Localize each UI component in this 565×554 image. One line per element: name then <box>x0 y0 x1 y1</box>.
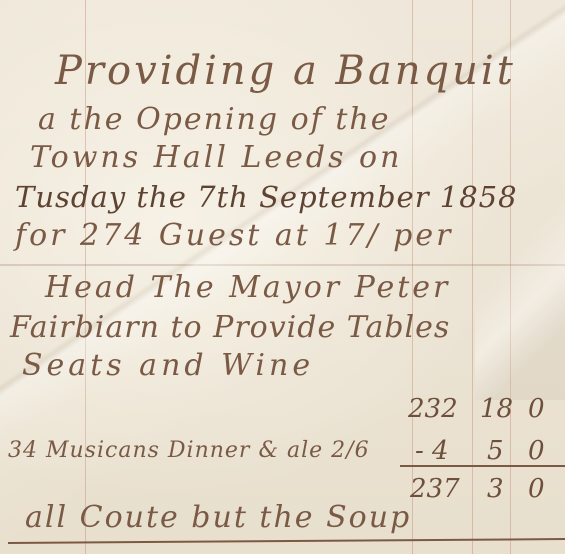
paper-fold-corner <box>475 200 565 400</box>
heading-line-2: a the Opening of the <box>38 102 390 137</box>
section-divider-rule <box>0 264 565 266</box>
item-2-pounds: - 4 <box>415 436 449 466</box>
item-1-shillings: 18 <box>480 394 513 424</box>
item-1-pence: 0 <box>528 394 545 424</box>
item-1-pounds: 232 <box>408 394 458 424</box>
body-line-3: Seats and Wine <box>22 348 314 383</box>
total-shillings: 3 <box>487 474 504 504</box>
heading-line-3: Towns Hall Leeds on <box>30 140 402 175</box>
heading-line-5: for 274 Guest at 17/ per <box>15 218 453 253</box>
item-2-shillings: 5 <box>487 436 504 466</box>
total-pence: 0 <box>528 474 545 504</box>
heading-line-4: Tusday the 7th September 1858 <box>15 180 518 214</box>
footer-note: all Coute but the Soup <box>25 500 411 535</box>
heading-line-1: Providing a Banquit <box>55 48 516 94</box>
total-pounds: 237 <box>410 474 460 504</box>
item-2-pence: 0 <box>528 436 545 466</box>
item-2-description: 34 Musicans Dinner & ale 2/6 <box>8 438 370 463</box>
body-line-1: Head The Mayor Peter <box>45 270 450 305</box>
ledger-page: Providing a Banquit a the Opening of the… <box>0 0 565 554</box>
body-line-2: Fairbiarn to Provide Tables <box>10 310 450 345</box>
footer-rule <box>8 538 565 544</box>
subtotal-rule <box>400 465 565 467</box>
